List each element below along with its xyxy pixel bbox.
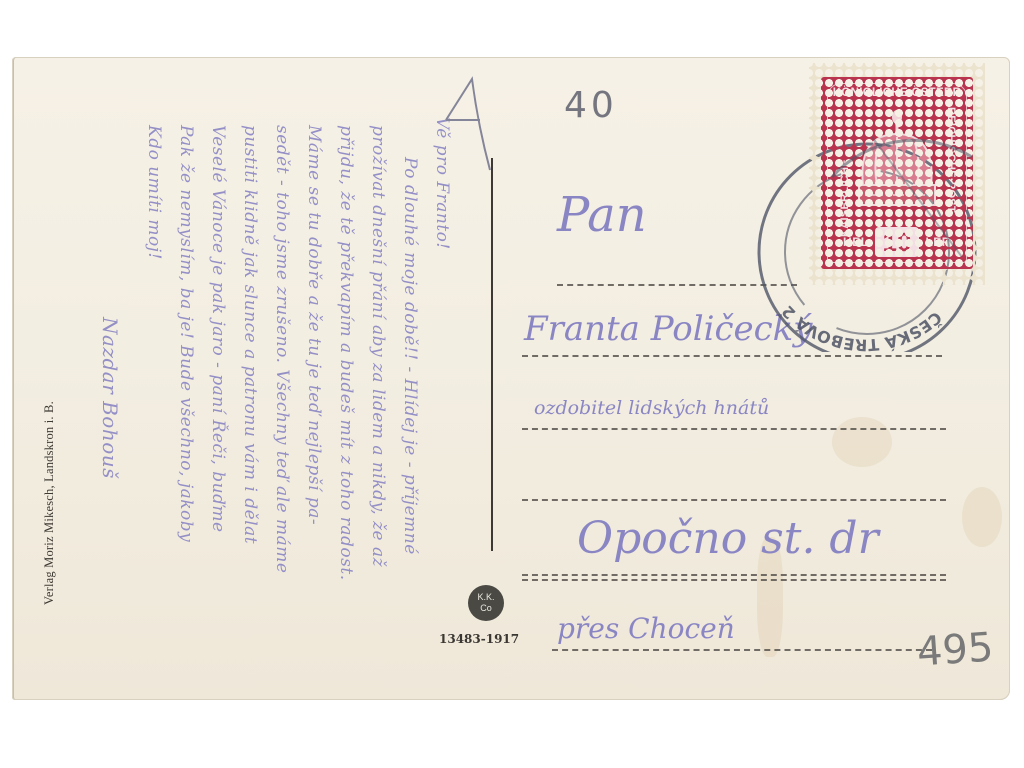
- address-town: Opočno st. dr: [577, 513, 879, 564]
- address-line: [522, 574, 946, 576]
- arrow-mark-icon: [442, 75, 492, 175]
- postmark-overlay-icon: [812, 117, 992, 277]
- message-line: přijdu, že tě překvapím a budeš mít z to…: [336, 125, 356, 581]
- address-line: [522, 499, 946, 501]
- message-line: Pak že nemyslím, ba je! Bude všechno, ja…: [176, 125, 196, 542]
- message-line: prožívat dnešní přání aby za lidem a nik…: [368, 125, 388, 567]
- message-line: Kdo umíti moj!: [144, 125, 164, 260]
- postcard: Verlag Moriz Mikesch, Landskron i. B. Vě…: [12, 57, 1010, 700]
- address-line: [522, 428, 946, 430]
- pencil-note-top: 40: [564, 85, 618, 126]
- message-signature: Nazdar Bohouš: [98, 317, 122, 479]
- message-line: Máme se tu dobře a že tu je teď nejlepší…: [304, 125, 324, 525]
- address-via: přes Choceň: [557, 612, 735, 645]
- message-line: Po dlouhé moje době!! - Hlídej je - příj…: [400, 157, 420, 555]
- paper-stain: [832, 417, 892, 467]
- paper-stain: [962, 487, 1002, 547]
- address-occupation: ozdobitel lidských hnátů: [534, 397, 769, 419]
- address-salutation: Pan: [557, 187, 647, 243]
- serial-number: 13483-1917: [439, 632, 519, 646]
- seal-text: Co: [480, 603, 492, 614]
- message-line: pustiti klidně jak slunce a patronu vám …: [240, 125, 260, 544]
- message-line: sedět - toho jsme zrušeno. Všechny teď a…: [272, 125, 292, 574]
- address-line: [522, 355, 942, 357]
- message-line: Veselé Vánoce je pak jaro - paní Řeči, b…: [208, 125, 228, 533]
- center-divider: [491, 158, 493, 551]
- stamp-top-text: KÖNIGLICHE ÖSTERR: [821, 87, 973, 99]
- pencil-note-bottom: 495: [915, 624, 994, 675]
- seal-text: K.K.: [477, 592, 494, 603]
- address-line: [552, 649, 932, 651]
- kk-seal: K.K. Co: [468, 585, 504, 621]
- handwritten-message: Vě pro Franto! Po dlouhé moje době!! - H…: [12, 57, 482, 700]
